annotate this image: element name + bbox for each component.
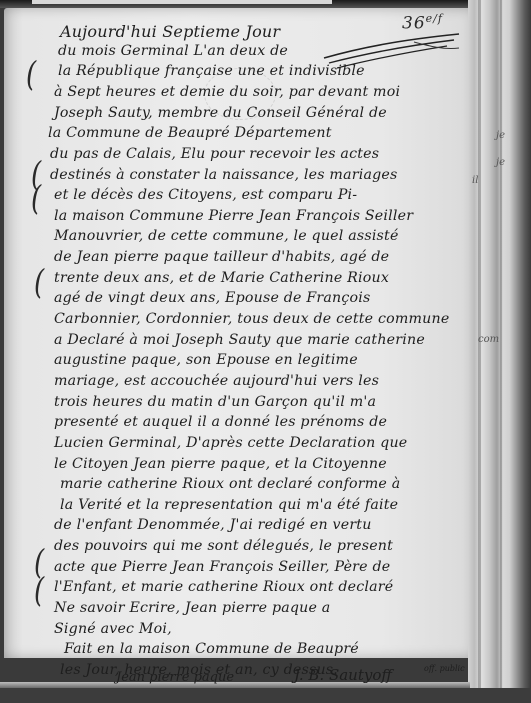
text-line: la Verité et la representation qui m'a é… [60,497,398,513]
text-line: Aujourd'hui Septieme Jour [60,22,280,41]
text-line: agé de vingt deux ans, Epouse de Françoi… [54,290,370,306]
text-line: les Jour, heure, mois et an, cy dessus. [60,662,338,678]
text-line: trois heures du matin d'un Garçon qu'il … [54,394,376,410]
text-line: marie catherine Rioux ont declaré confor… [60,476,400,492]
text-line: de Jean pierre paque tailleur d'habits, … [54,249,389,265]
text-line: Lucien Germinal, D'après cette Declarati… [54,435,407,451]
binding-spine [468,0,531,703]
text-line: trente deux ans, et de Marie Catherine R… [54,270,389,286]
text-line: à Sept heures et demie du soir, par deva… [54,84,400,100]
text-line: le Citoyen Jean pierre paque, et la Cito… [54,456,387,472]
text-line: la Commune de Beaupré Département [48,125,332,141]
page-bottom-edge [0,688,531,703]
record-text: Aujourd'hui Septieme Jourdu mois Germina… [4,8,474,658]
text-line: du pas de Calais, Elu pour recevoir les … [50,146,379,162]
text-line: Carbonnier, Cordonnier, tous deux de cet… [54,311,449,327]
text-line: Fait en la maison Commune de Beaupré [64,641,359,657]
text-line: la maison Commune Pierre Jean François S… [54,208,413,224]
text-line: Manouvrier, de cette commune, le quel as… [54,228,399,244]
text-line: de l'enfant Denommée, J'ai redigé en ver… [54,517,372,533]
margin-note: je [496,157,505,168]
text-line: acte que Pierre Jean François Seiller, P… [54,559,390,575]
text-line: mariage, est accouchée aujourd'hui vers … [54,373,379,389]
margin-note: je [496,130,505,141]
text-line: et le décès des Citoyens, est comparu Pi… [54,187,357,203]
margin-note: com [478,334,499,345]
text-line: Joseph Sauty, membre du Conseil Général … [54,105,387,121]
text-line: la République française une et indivisib… [58,63,365,79]
text-line: a Declaré à moi Joseph Sauty que marie c… [54,332,425,348]
margin-note: il [472,175,478,186]
text-line: Ne savoir Ecrire, Jean pierre paque a [54,600,330,616]
text-line: des pouvoirs qui me sont délegués, le pr… [54,538,393,554]
text-line: destinés à constater la naissance, les m… [50,167,397,183]
text-line: presenté et auquel il a donné les prénom… [54,414,387,430]
text-line: l'Enfant, et marie catherine Rioux ont d… [54,579,393,595]
text-line: augustine paque, son Epouse en legitime [54,352,358,368]
document-scan: 36e/f ( ( ( ( ( ( Aujourd'hui Septieme J… [0,0,531,703]
page-top-edge [0,0,531,8]
text-line: Signé avec Moi, [54,621,172,637]
manuscript-page: 36e/f ( ( ( ( ( ( Aujourd'hui Septieme J… [4,8,474,658]
paper-strip [32,0,332,4]
text-line: du mois Germinal L'an deux de [58,43,288,59]
